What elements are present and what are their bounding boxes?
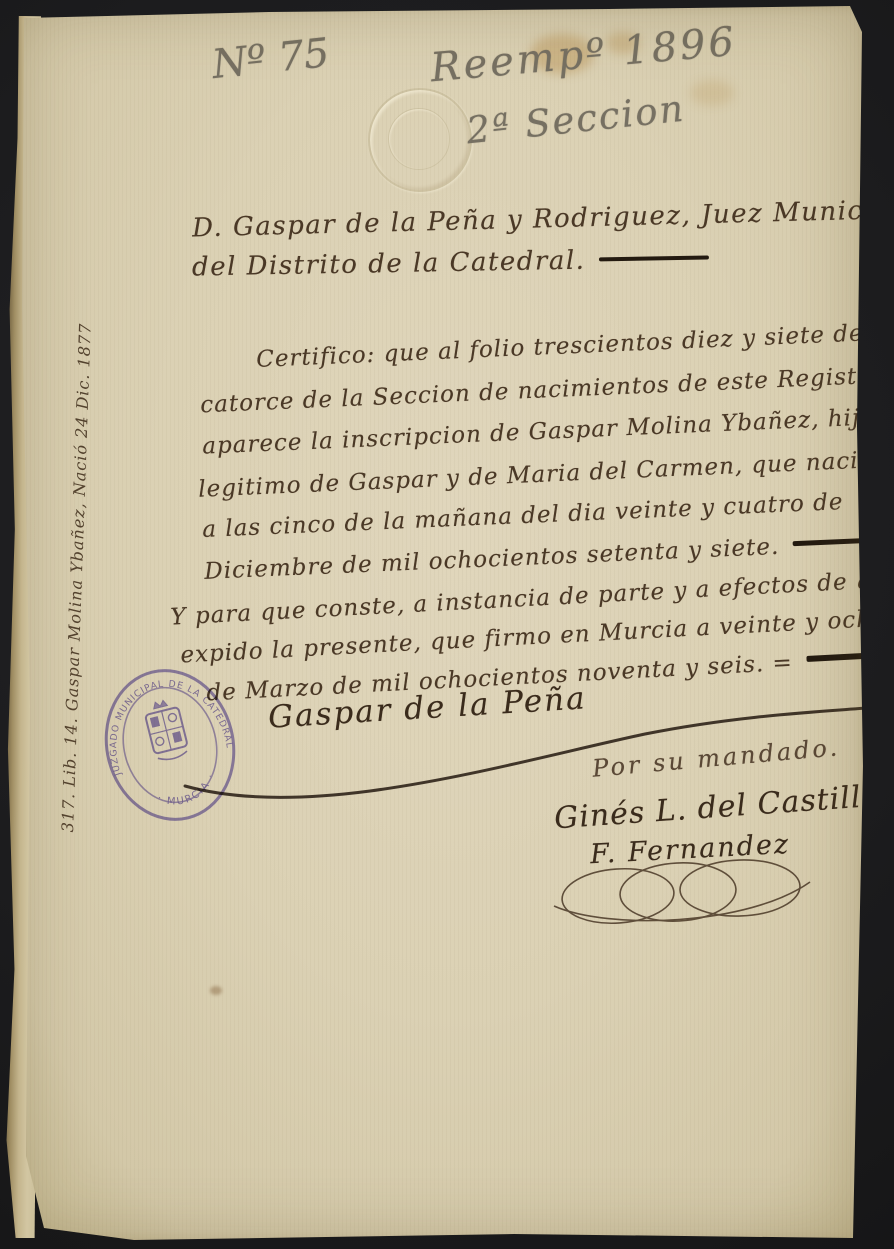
- by-order-note: Por su mandado.: [591, 733, 841, 783]
- heading-line-1: D. Gaspar de la Peña y Rodriguez, Juez M…: [192, 194, 894, 243]
- ink-rule: [793, 535, 894, 546]
- stamp-coat-of-arms: [143, 697, 190, 762]
- secretary-signature-2: F. Fernandez: [589, 829, 791, 870]
- ink-rule: [599, 255, 709, 261]
- document-page: Nº 75 Reempº 1896 2ª Seccion D. Gaspar d…: [14, 6, 864, 1242]
- court-rubber-stamp: JUZGADO MUNICIPAL DE LA CATEDRAL · MURCI…: [77, 644, 264, 845]
- ink-rule: [806, 649, 894, 662]
- section-annotation: 2ª Seccion: [464, 87, 687, 153]
- heading-line-2-text: del Distrito de la Catedral.: [192, 246, 586, 283]
- draft-year-annotation: Reempº 1896: [429, 19, 739, 92]
- secretary-signature-1: Ginés L. del Castillo: [553, 779, 881, 837]
- scan-background: Nº 75 Reempº 1896 2ª Seccion D. Gaspar d…: [0, 0, 894, 1249]
- embossed-dry-seal: [368, 88, 472, 192]
- record-number-annotation: Nº 75: [210, 30, 332, 88]
- body-line: Certifico: que al folio trescientos diez…: [256, 317, 894, 373]
- paper-stain: [210, 986, 222, 995]
- paper-stain: [690, 80, 734, 106]
- embossed-seal-inner-ring: [388, 108, 450, 170]
- heading-line-2: del Distrito de la Catedral.: [192, 243, 710, 282]
